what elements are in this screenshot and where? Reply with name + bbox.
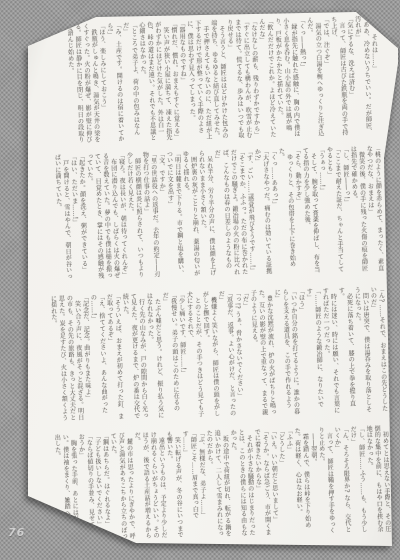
page-number: 76 — [8, 526, 25, 539]
scanned-page-background: 「そ、それは……」 「ああ、冷めないうちでいい。だが師匠、汚れが」 「気にするな… — [0, 0, 400, 560]
text-band-4: 初めてとは思えない手際と、その圧倒的な集中を前に、もはや口を挟む余地はなかった。… — [38, 425, 391, 545]
text-band-2: 「桃のように顔を赤らめて、まったく、素直なやつだな、おまえは」 微笑の後、僕の手… — [30, 145, 384, 287]
text-band-3: 「ん? ……それで、おまえはこの先どうしたいのだ」 問いは唐突で、僕は湯呑みを取… — [34, 286, 387, 426]
text-band-1: 「そ、それは……」 「ああ、冷めないうちでいい。だが師匠、汚れが」 「気にするな… — [27, 15, 380, 147]
page-surface: 「そ、それは……」 「ああ、冷めないうちでいい。だが師匠、汚れが」 「気にするな… — [26, 8, 398, 548]
page-text-block: 「そ、それは……」 「ああ、冷めないうちでいい。だが師匠、汚れが」 「気にするな… — [27, 15, 391, 548]
book-page: 「そ、それは……」 「ああ、冷めないうちでいい。だが師匠、汚れが」 「気にするな… — [26, 8, 398, 548]
